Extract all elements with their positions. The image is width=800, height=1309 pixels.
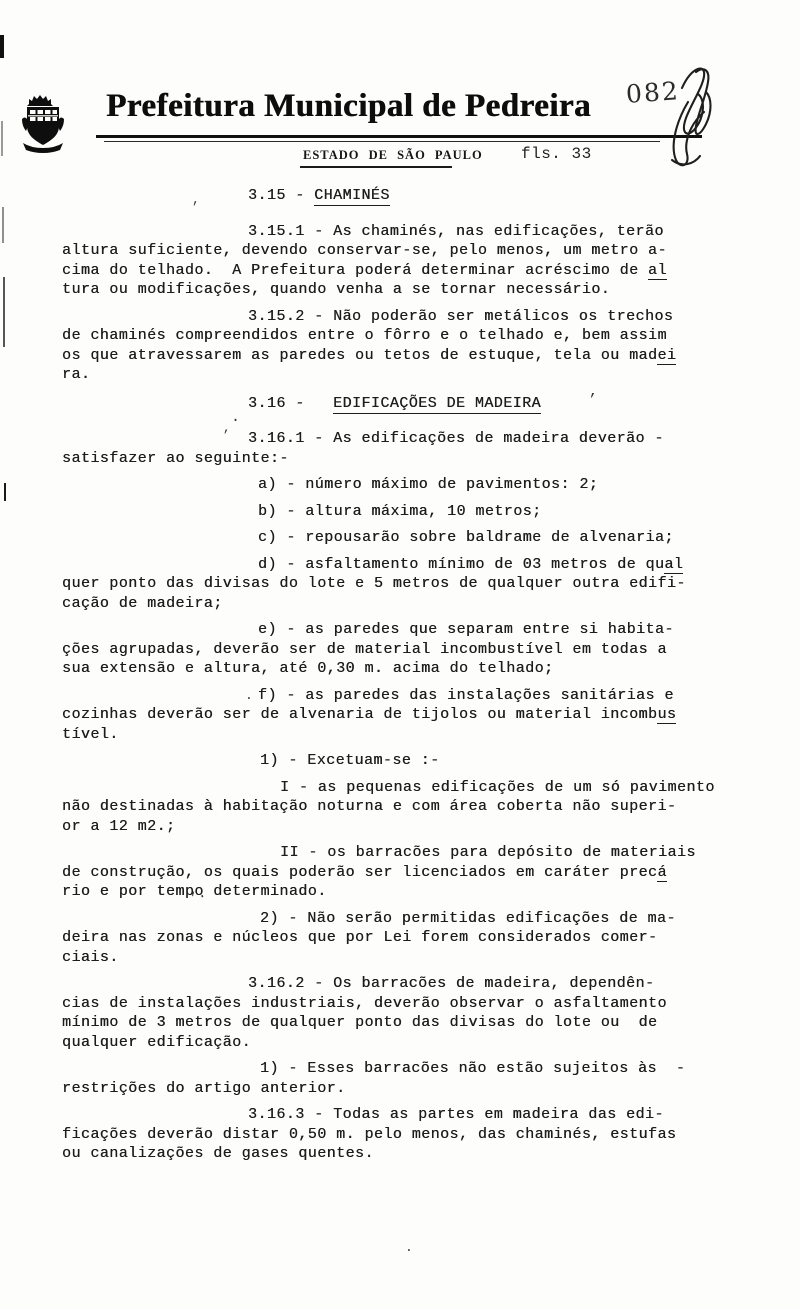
doc-line: 3.16.2 - Os barracões de madeira, depend… [62,974,800,994]
doc-line: ciais. [62,948,800,968]
doc-line: I - as pequenas edificações de um só pav… [62,778,800,798]
doc-line: tura ou modificações, quando venha a se … [62,280,800,300]
doc-block-a: a) - número máximo de pavimentos: 2; [62,475,800,495]
doc-line: cias de instalações industriais, deverão… [62,994,800,1014]
doc-line: quer ponto das divisas do lote e 5 metro… [62,574,800,594]
doc-line: ra. [62,365,800,385]
doc-block-3-16-2: 3.16.2 - Os barracões de madeira, depend… [62,974,800,1052]
doc-line: 3.16.1 - As edificações de madeira dever… [62,429,800,449]
doc-block-3-16-1: 3.16.1 - As edificações de madeira dever… [62,429,800,468]
doc-line: or a 12 m2.; [62,817,800,837]
doc-line: b) - altura máxima, 10 metros; [62,502,800,522]
doc-line: de chaminés compreendidos entre o fôrro … [62,326,800,346]
doc-line: cação de madeira; [62,594,800,614]
scan-speck: . [405,1240,413,1255]
document-body: 3.15 - CHAMINÉS3.15.1 - As chaminés, nas… [0,0,800,1164]
doc-block-3-15-2: 3.15.2 - Não poderão ser metálicos os tr… [62,307,800,385]
doc-line: tível. [62,725,800,745]
doc-line: não destinadas à habitação noturna e com… [62,797,800,817]
doc-block-esses-barracoes: 1) - Esses barracões não estão sujeitos … [62,1059,800,1098]
doc-line: 3.15.1 - As chaminés, nas edificações, t… [62,222,800,242]
doc-line: de construção, os quais poderão ser lice… [62,863,800,883]
doc-block-3-16: 3.16 - EDIFICAÇÕES DE MADEIRA [62,394,800,414]
doc-block-3-16-3: 3.16.3 - Todas as partes em madeira das … [62,1105,800,1164]
doc-line: a) - número máximo de pavimentos: 2; [62,475,800,495]
doc-block-c: c) - repousarão sobre baldrame de alvena… [62,528,800,548]
doc-line: cima do telhado. A Prefeitura poderá det… [62,261,800,281]
doc-line: d) - asfaltamento mínimo de 03 metros de… [62,555,800,575]
doc-line: ou canalizações de gases quentes. [62,1144,800,1164]
scan-speck: ’ [222,428,230,443]
doc-line: ções agrupadas, deverão ser de material … [62,640,800,660]
doc-line: II - os barracões para depósito de mater… [62,843,800,863]
scan-speck: . [245,688,253,703]
doc-line: ficações deverão distar 0,50 m. pelo men… [62,1125,800,1145]
doc-line: c) - repousarão sobre baldrame de alvena… [62,528,800,548]
doc-block-excetuam-se: 1) - Excetuam-se :- [62,751,800,771]
doc-line: 3.16.3 - Todas as partes em madeira das … [62,1105,800,1125]
scan-speck: . [231,409,240,426]
doc-line: 3.16 - EDIFICAÇÕES DE MADEIRA [62,394,800,414]
scan-speck: , [192,192,200,207]
doc-line: e) - as paredes que separam entre si hab… [62,620,800,640]
doc-line: os que atravessarem as paredes ou tetos … [62,346,800,366]
doc-line: 3.15.2 - Não poderão ser metálicos os tr… [62,307,800,327]
doc-line: 1) - Esses barracões não estão sujeitos … [62,1059,800,1079]
doc-line: f) - as paredes das instalações sanitári… [62,686,800,706]
doc-block-d: d) - asfaltamento mínimo de 03 metros de… [62,555,800,614]
doc-block-b: b) - altura máxima, 10 metros; [62,502,800,522]
doc-line: restrições do artigo anterior. [62,1079,800,1099]
doc-block-I: I - as pequenas edificações de um só pav… [62,778,800,837]
doc-block-II: II - os barracões para depósito de mater… [62,843,800,902]
doc-line: qualquer edificação. [62,1033,800,1053]
doc-line: satisfazer ao seguinte:- [62,449,800,469]
doc-line: altura suficiente, devendo conservar-se,… [62,241,800,261]
doc-block-3-15-1: 3.15.1 - As chaminés, nas edificações, t… [62,222,800,300]
doc-block-2: 2) - Não serão permitidas edificações de… [62,909,800,968]
doc-line: deira nas zonas e núcleos que por Lei fo… [62,928,800,948]
doc-line: mínimo de 3 metros de qualquer ponto das… [62,1013,800,1033]
scan-speck: ’· [189,888,209,907]
doc-block-e: e) - as paredes que separam entre si hab… [62,620,800,679]
doc-line: cozinhas deverão ser de alvenaria de tij… [62,705,800,725]
doc-block-3-15: 3.15 - CHAMINÉS [62,186,800,206]
scan-speck: ’ [588,392,597,409]
doc-block-f: f) - as paredes das instalações sanitári… [62,686,800,745]
doc-line: rio e por tempo determinado. [62,882,800,902]
doc-line: sua extensão e altura, até 0,30 m. acima… [62,659,800,679]
scanned-document-page: Prefeitura Municipal de Pedreira ESTADO … [0,0,800,1309]
doc-line: 2) - Não serão permitidas edificações de… [62,909,800,929]
doc-line: 3.15 - CHAMINÉS [62,186,800,206]
doc-line: 1) - Excetuam-se :- [62,751,800,771]
